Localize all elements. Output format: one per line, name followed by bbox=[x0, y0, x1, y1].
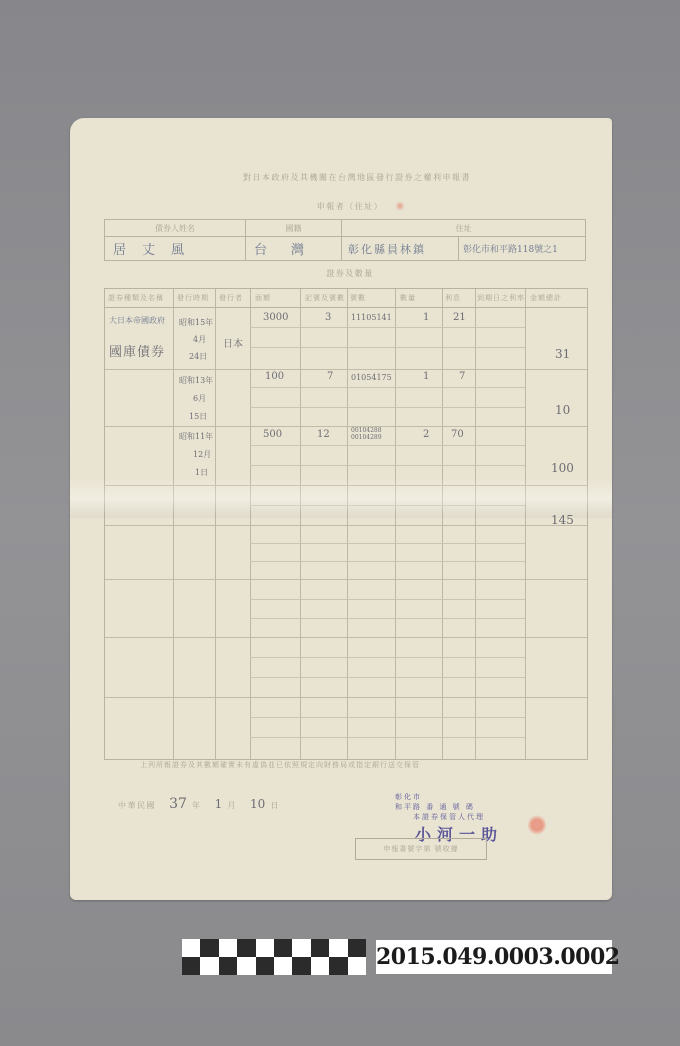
document-title: 對日本政府及其機關在台灣地區發行證券之權利申報書 bbox=[172, 172, 542, 183]
sub-row-divider bbox=[250, 465, 525, 466]
row1-name-line1: 大日本帝國政府 bbox=[109, 315, 165, 326]
column-divider bbox=[300, 289, 301, 759]
table-header: 證券種類及名稱 發行時期 發行者 面額 記號及號數 號數 數量 利息 到期日之利… bbox=[105, 289, 587, 308]
declaration-note: 上列所報證券及其數額確實未有虛偽並已依照規定向財務局或指定銀行送交保管 bbox=[140, 760, 560, 770]
header-rate: 到期日之利率 bbox=[477, 293, 525, 303]
sub-row-divider bbox=[250, 347, 525, 348]
sub-row-divider bbox=[250, 327, 525, 328]
row3-series: 12 bbox=[317, 429, 330, 440]
column-divider bbox=[347, 289, 348, 759]
header-address: 住址 bbox=[342, 220, 586, 237]
header-number: 號數 bbox=[350, 293, 366, 303]
date-day-unit: 日 bbox=[270, 801, 280, 810]
row-divider bbox=[105, 579, 587, 580]
row1-interest: 21 bbox=[453, 312, 466, 323]
section-securities-label: 證券及數量 bbox=[300, 268, 400, 279]
row2-issue-month: 6月 bbox=[193, 393, 206, 404]
column-divider bbox=[215, 289, 216, 759]
sub-row-divider bbox=[250, 717, 525, 718]
stamp-line3: 本證券保管人代理 bbox=[413, 812, 503, 822]
accession-number-label: 2015.049.0003.0002 bbox=[376, 940, 612, 974]
row2-total: 10 bbox=[555, 403, 570, 417]
date-label: 中華民國 bbox=[118, 801, 156, 810]
applicant-table: 債券人姓名 國籍 住址 居丈風 台灣 彰化縣員林鎮 彰化市和平路118號之1 bbox=[104, 219, 586, 261]
column-divider bbox=[442, 289, 443, 759]
color-scale-bar bbox=[182, 939, 366, 975]
header-kind: 證券種類及名稱 bbox=[108, 293, 164, 303]
header-issuer: 發行者 bbox=[219, 293, 243, 303]
stamp-line1: 彰化市 bbox=[395, 792, 503, 802]
header-issue-date: 發行時期 bbox=[177, 293, 209, 303]
row3-total: 100 bbox=[551, 461, 574, 475]
column-divider bbox=[525, 289, 526, 759]
receipt-box: 申報書號字第 號收據 bbox=[355, 838, 487, 860]
applicant-address-2: 彰化市和平路118號之1 bbox=[459, 237, 586, 261]
row-divider bbox=[105, 697, 587, 698]
row2-interest: 7 bbox=[459, 371, 465, 382]
applicant-name: 居丈風 bbox=[105, 237, 246, 261]
row1-series: 3 bbox=[325, 312, 331, 323]
sub-row-divider bbox=[250, 561, 525, 562]
date-line: 中華民國 37 年 1 月 10 日 bbox=[118, 793, 280, 812]
row2-number: 01054175 bbox=[351, 373, 392, 382]
applicant-nationality: 台灣 bbox=[246, 237, 342, 261]
row2-qty: 1 bbox=[423, 371, 429, 382]
row2-issue-date: 昭和13年 bbox=[179, 375, 213, 386]
sub-row-divider bbox=[250, 737, 525, 738]
applicant-address-1: 彰化縣員林鎮 bbox=[342, 237, 459, 261]
sub-row-divider bbox=[250, 677, 525, 678]
header-face: 面額 bbox=[255, 293, 271, 303]
date-month-unit: 月 bbox=[227, 801, 237, 810]
sub-row-divider bbox=[250, 407, 525, 408]
section-applicant-label: 申報者（住址） bbox=[300, 201, 400, 212]
sub-row-divider bbox=[250, 445, 525, 446]
sub-row-divider bbox=[250, 599, 525, 600]
column-divider bbox=[395, 289, 396, 759]
date-month: 1 bbox=[215, 797, 223, 811]
sub-row-divider bbox=[250, 618, 525, 619]
row3-qty: 2 bbox=[423, 429, 429, 440]
row1-face: 3000 bbox=[263, 312, 288, 323]
header-mark: 記號及號數 bbox=[305, 293, 345, 303]
securities-table: 證券種類及名稱 發行時期 發行者 面額 記號及號數 號數 數量 利息 到期日之利… bbox=[104, 288, 588, 760]
header-nationality: 國籍 bbox=[246, 220, 342, 237]
row3-interest: 70 bbox=[451, 429, 464, 440]
row-divider bbox=[105, 426, 587, 427]
column-divider bbox=[173, 289, 174, 759]
row3-number: 00104288 00104289 bbox=[351, 427, 395, 441]
header-total: 金額總計 bbox=[530, 293, 562, 303]
row1-issuer: 日本 bbox=[223, 335, 243, 350]
row2-issue-day: 15日 bbox=[189, 411, 207, 422]
row3-issue-date: 昭和11年 bbox=[179, 431, 213, 442]
row-divider bbox=[105, 369, 587, 370]
row1-qty: 1 bbox=[423, 312, 429, 323]
row3-face: 500 bbox=[263, 429, 282, 440]
row1-issue-month: 4月 bbox=[193, 334, 206, 345]
row2-face: 100 bbox=[265, 371, 284, 382]
sub-row-divider bbox=[250, 657, 525, 658]
row1-issue-day: 24日 bbox=[189, 351, 207, 362]
row2-series: 7 bbox=[327, 371, 333, 382]
row-divider bbox=[105, 525, 587, 526]
column-divider bbox=[250, 289, 251, 759]
date-day: 10 bbox=[250, 797, 265, 811]
row1-total: 31 bbox=[555, 347, 570, 361]
row1-name-line2: 國庫債券 bbox=[109, 341, 165, 360]
paper-fold bbox=[70, 478, 612, 518]
row-divider bbox=[105, 637, 587, 638]
column-divider bbox=[475, 289, 476, 759]
header-qty: 數量 bbox=[400, 293, 416, 303]
row1-number: 11105141 bbox=[351, 313, 392, 322]
row1-issue-date: 昭和15年 bbox=[179, 317, 213, 328]
date-year-unit: 年 bbox=[192, 801, 202, 810]
sub-row-divider bbox=[250, 543, 525, 544]
header-name: 債券人姓名 bbox=[105, 220, 246, 237]
row3-issue-day: 1日 bbox=[195, 467, 208, 478]
sub-row-divider bbox=[250, 387, 525, 388]
row3-issue-month: 12月 bbox=[193, 449, 211, 460]
date-year: 37 bbox=[169, 796, 187, 812]
header-interest: 利息 bbox=[445, 293, 461, 303]
red-seal bbox=[528, 815, 546, 835]
stamp-line2: 和平路 番 通 號 碼 bbox=[395, 802, 503, 812]
